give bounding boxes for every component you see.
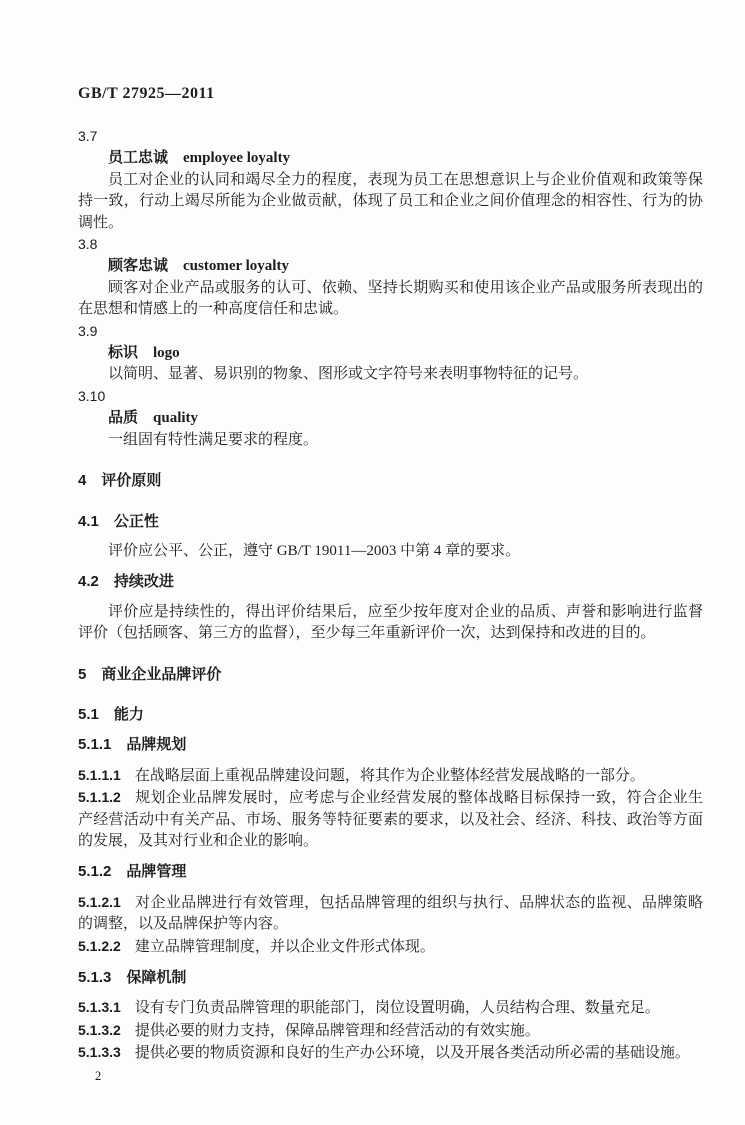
clause-item-text: 建立品牌管理制度，并以企业文件形式体现。 [135,939,435,955]
clause-item-text: 对企业品牌进行有效管理，包括品牌管理的组织与执行、品牌状态的监视、品牌策略的调整… [78,895,703,932]
term-definition: 以简明、显著、易识别的物象、图形或文字符号来表明事物特征的记号。 [78,364,703,385]
chapter-title: 商业企业品牌评价 [101,666,221,683]
section-number: 4.1 [78,513,99,530]
clause-item-number: 5.1.1.2 [78,789,121,805]
clause-item-number: 5.1.2.1 [78,894,121,910]
subsection-title: 品牌管理 [126,863,186,880]
term-english: customer loyalty [183,258,289,274]
term-english: quality [153,410,198,426]
term-name: 员工忠诚 [108,149,168,166]
clause-item-number: 5.1.1.1 [78,767,121,783]
term-entry: 3.10 品质quality 一组固有特性满足要求的程度。 [78,386,703,451]
clause-item-number: 5.1.3.2 [78,1022,121,1038]
clause-item-number: 5.1.2.2 [78,938,121,954]
chapter-number: 4 [78,472,86,489]
section-heading: 4.2持续改进 [78,571,703,592]
page-header: GB/T 27925—2011 [78,84,703,104]
section-heading: 4.1公正性 [78,511,703,532]
term-definition: 一组固有特性满足要求的程度。 [78,430,703,451]
chapter-title: 评价原则 [101,472,161,489]
subsection-title: 品牌规划 [126,736,186,753]
page-footer: 2 [78,1067,703,1085]
term-definition: 员工对企业的认同和竭尽全力的程度，表现为员工在思想意识上与企业价值观和政策等保持… [78,170,703,234]
clause-item-text: 提供必要的物质资源和良好的生产办公环境，以及开展各类活动所必需的基础设施。 [135,1045,690,1061]
section-title: 持续改进 [114,573,174,590]
subsection-number: 5.1.1 [78,736,111,753]
subsection-heading: 5.1.3保障机制 [78,967,703,988]
document-body: 3.7 员工忠诚employee loyalty 员工对企业的认同和竭尽全力的程… [78,126,703,1065]
term-line: 员工忠诚employee loyalty [78,147,703,169]
term-name: 标识 [108,344,138,361]
term-line: 品质quality [78,407,703,429]
term-line: 标识logo [78,342,703,364]
subsection-number: 5.1.3 [78,969,111,986]
term-name: 顾客忠诚 [108,257,168,274]
clause-item-number: 5.1.3.1 [78,999,121,1015]
clause-item: 5.1.1.1在战略层面上重视品牌建设问题，将其作为企业整体经营发展战略的一部分… [78,765,703,787]
chapter-heading: 4评价原则 [78,470,703,491]
subsection-number: 5.1.2 [78,863,111,880]
chapter-heading: 5商业企业品牌评价 [78,664,703,685]
clause-paragraph: 评价应是持续性的，得出评价结果后，应至少按年度对企业的品质、声誉和影响进行监督评… [78,602,703,645]
section-title: 能力 [114,706,144,723]
clause-paragraph: 评价应公平、公正，遵守 GB/T 19011—2003 中第 4 章的要求。 [78,541,703,562]
section-number: 5.1 [78,706,99,723]
chapter-number: 5 [78,666,86,683]
clause-item: 5.1.3.1设有专门负责品牌管理的职能部门，岗位设置明确，人员结构合理、数量充… [78,997,703,1019]
clause-item-text: 设有专门负责品牌管理的职能部门，岗位设置明确，人员结构合理、数量充足。 [135,1000,660,1016]
clause-item: 5.1.3.2提供必要的财力支持，保障品牌管理和经营活动的有效实施。 [78,1020,703,1042]
clause-item: 5.1.2.1对企业品牌进行有效管理，包括品牌管理的组织与执行、品牌状态的监视、… [78,892,703,936]
term-entry: 3.9 标识logo 以简明、显著、易识别的物象、图形或文字符号来表明事物特征的… [78,321,703,386]
clause-item: 5.1.1.2规划企业品牌发展时，应考虑与企业经营发展的整体战略目标保持一致，符… [78,787,703,852]
section-number: 4.2 [78,573,99,590]
subsection-heading: 5.1.2品牌管理 [78,861,703,882]
clause-item-text: 提供必要的财力支持，保障品牌管理和经营活动的有效实施。 [135,1023,540,1039]
document-page: GB/T 27925—2011 3.7 员工忠诚employee loyalty… [0,0,745,1125]
term-name: 品质 [108,409,138,426]
page-number: 2 [95,1067,703,1085]
term-definition: 顾客对企业产品或服务的认可、依赖、坚持长期购买和使用该企业产品或服务所表现出的在… [78,278,703,321]
section-title: 公正性 [114,513,159,530]
term-entry: 3.8 顾客忠诚customer loyalty 顾客对企业产品或服务的认可、依… [78,234,703,321]
clause-item: 5.1.2.2建立品牌管理制度，并以企业文件形式体现。 [78,936,703,958]
subsection-heading: 5.1.1品牌规划 [78,734,703,755]
clause-item-text: 在战略层面上重视品牌建设问题，将其作为企业整体经营发展战略的一部分。 [135,768,645,784]
term-english: logo [153,345,180,361]
subsection-title: 保障机制 [126,969,186,986]
term-clause-number: 3.8 [78,234,703,255]
term-clause-number: 3.7 [78,126,703,147]
section-heading: 5.1能力 [78,704,703,725]
term-entry: 3.7 员工忠诚employee loyalty 员工对企业的认同和竭尽全力的程… [78,126,703,234]
term-line: 顾客忠诚customer loyalty [78,255,703,277]
clause-item: 5.1.3.3提供必要的物质资源和良好的生产办公环境，以及开展各类活动所必需的基… [78,1042,703,1064]
term-clause-number: 3.10 [78,386,703,407]
clause-item-number: 5.1.3.3 [78,1044,121,1060]
clause-item-text: 规划企业品牌发展时，应考虑与企业经营发展的整体战略目标保持一致，符合企业生产经营… [78,790,703,849]
standard-number: GB/T 27925—2011 [78,84,703,104]
term-clause-number: 3.9 [78,321,703,342]
term-english: employee loyalty [183,150,290,166]
